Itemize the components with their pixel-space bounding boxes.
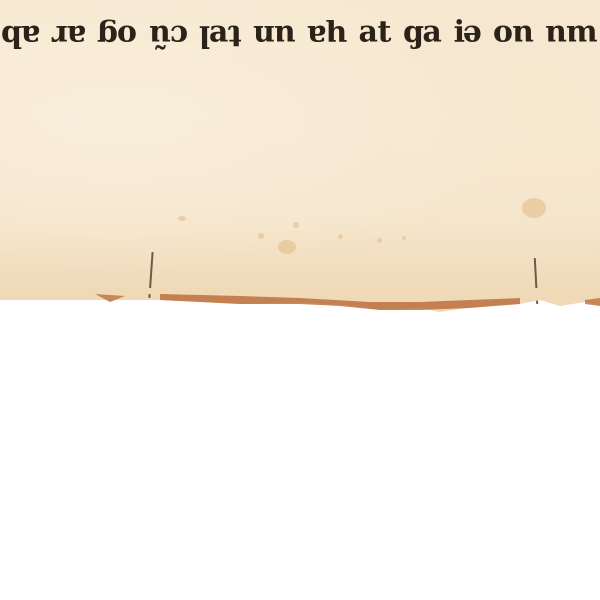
text-fragment: un <box>254 20 296 50</box>
foxing-stain <box>278 240 296 254</box>
text-fragment: ɥa <box>308 20 347 50</box>
blackletter-text-line: ab ar og cũ tɐl un ɥa ʇɐ ɐɓ eᴉ uo ɯu <box>0 0 600 50</box>
text-fragment: ɐɓ <box>404 20 442 50</box>
text-fragment: eᴉ <box>455 20 482 50</box>
text-fragment: ab <box>2 20 40 50</box>
foxing-stain <box>293 222 299 228</box>
text-fragment: uo <box>494 20 534 50</box>
text-fragment: ar <box>53 20 86 50</box>
foxing-stain <box>338 234 343 239</box>
paper-fragment: ab ar og cũ tɐl un ɥa ʇɐ ɐɓ eᴉ uo ɯu <box>0 0 600 300</box>
text-fragment: ʇɐ <box>360 20 392 50</box>
torn-edge <box>0 288 600 316</box>
foxing-stain <box>402 236 406 240</box>
foxing-stain <box>258 233 264 239</box>
text-fragment: og <box>98 20 137 50</box>
foxing-stain <box>377 238 382 243</box>
text-fragment: ɯu <box>546 20 598 50</box>
text-fragment: cũ <box>150 20 188 50</box>
foxing-stain <box>178 216 186 221</box>
manuscript-photo: ab ar og cũ tɐl un ɥa ʇɐ ɐɓ eᴉ uo ɯu <box>0 0 600 600</box>
foxing-stain <box>522 198 546 218</box>
text-fragment: tɐl <box>200 20 242 50</box>
